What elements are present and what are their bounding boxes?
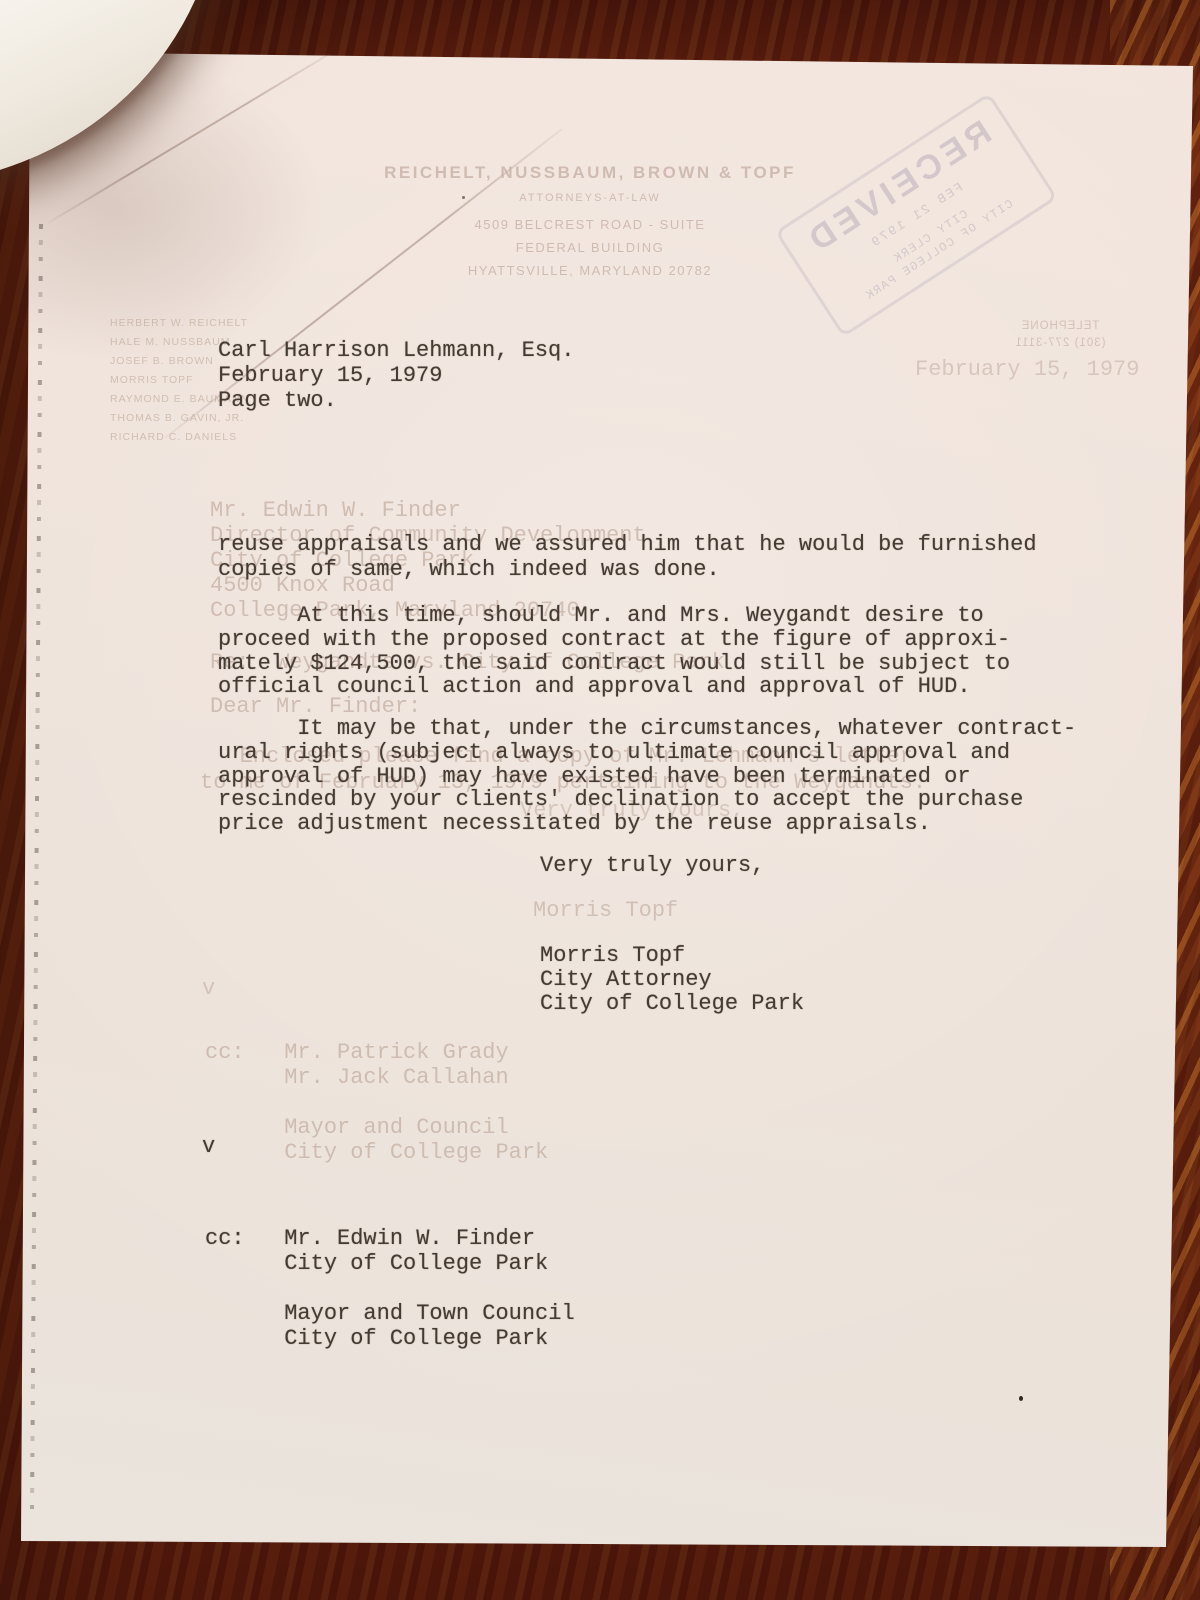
signature-block: Morris TopfCity AttorneyCity of College …: [540, 944, 804, 1016]
ghost-firm-subtitle: ATTORNEYS-AT-LAW: [280, 192, 900, 204]
body-paragraph-2: At this time, should Mr. and Mrs. Weygan…: [218, 604, 1010, 699]
ghost-cc-block: cc: Mr. Patrick Grady Mr. Jack Callahan …: [205, 1040, 548, 1165]
ghost-date-line: February 15, 1979: [915, 357, 1139, 382]
body-paragraph-1: reuse appraisals and we assured him that…: [218, 533, 1037, 582]
photo-of-letter-on-desk: REICHELT, NUSSBAUM, BROWN & TOPF ATTORNE…: [0, 0, 1200, 1600]
valediction: Very truly yours,: [540, 854, 764, 879]
ghost-firm-name: REICHELT, NUSSBAUM, BROWN & TOPF: [280, 163, 900, 183]
ghost-signature: Morris Topf: [533, 898, 678, 923]
header-block: Carl Harrison Lehmann, Esq.February 15, …: [218, 338, 574, 413]
stray-v-mark: v: [202, 1135, 215, 1160]
body-paragraph-3: It may be that, under the circumstances,…: [218, 717, 1076, 836]
cc-block: cc: Mr. Edwin W. Finder City of College …: [205, 1226, 575, 1351]
dust-speck: [1019, 1396, 1023, 1401]
ghost-stray-v-mark: v: [202, 976, 215, 1001]
